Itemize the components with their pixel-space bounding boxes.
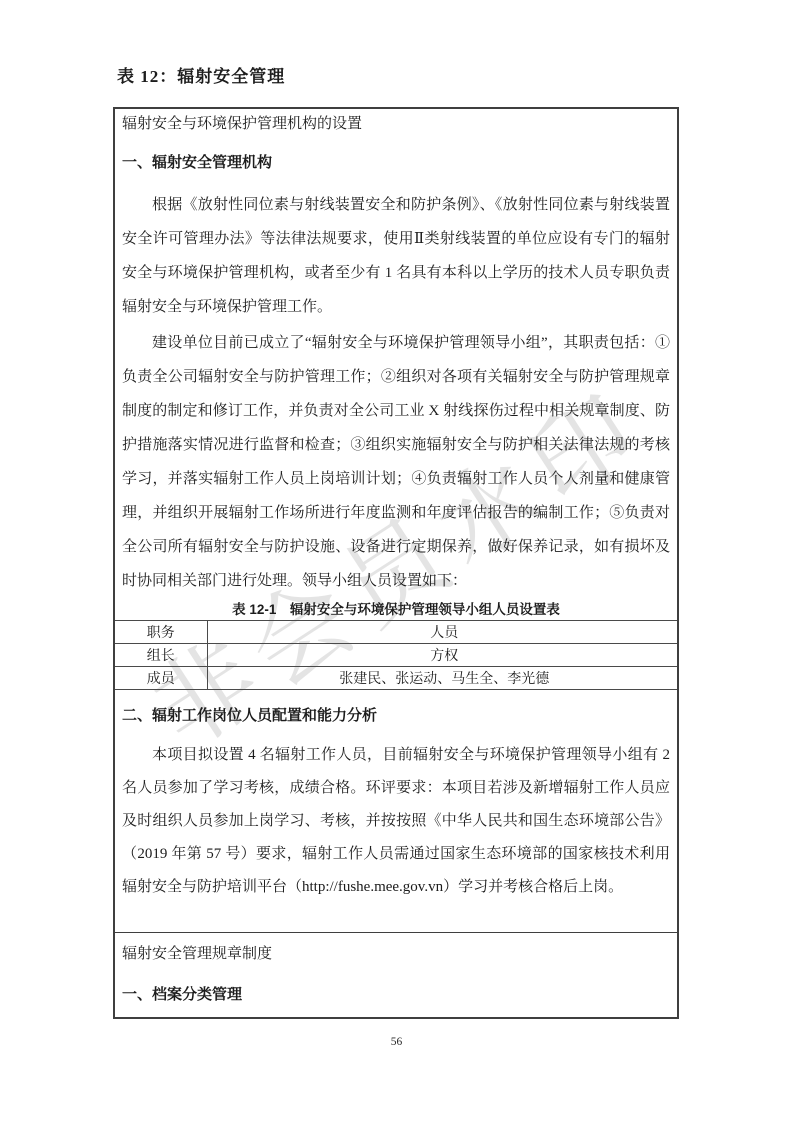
section1-paragraph-2: 建设单位目前已成立了“辐射安全与环境保护管理领导小组”，其职责包括：①负责全公司… [122,326,670,598]
section1-paragraph-3: 本项目拟设置 4 名辐射工作人员，目前辐射安全与环境保护管理领导小组有 2 名人… [122,739,670,904]
subtable-cell-role: 成员 [115,667,207,690]
main-table: 辐射安全与环境保护管理机构的设置 一、辐射安全管理机构 根据《放射性同位素与射线… [113,107,679,1019]
section2-subheading-1: 一、档案分类管理 [122,983,670,1007]
subtable-header-person: 人员 [207,621,677,644]
section1-header: 辐射安全与环境保护管理机构的设置 [122,113,670,135]
document-page: 非会员水印 表 12：辐射安全管理 辐射安全与环境保护管理机构的设置 一、辐射安… [0,0,793,1122]
subtable-caption: 表 12-1 辐射安全与环境保护管理领导小组人员设置表 [122,600,670,620]
subtable-header-row: 职务 人员 [115,621,677,644]
page-title: 表 12：辐射安全管理 [117,62,285,87]
table-row-regulations: 辐射安全管理规章制度 一、档案分类管理 [115,933,677,1017]
subtable-cell-person: 方权 [207,644,677,667]
table-row-institution: 辐射安全与环境保护管理机构的设置 一、辐射安全管理机构 根据《放射性同位素与射线… [115,109,677,933]
page-number: 56 [0,1036,793,1048]
section1-subheading-1: 一、辐射安全管理机构 [122,151,670,175]
personnel-subtable: 职务 人员 组长 方权 成员 张建民、张运动、马生全、李光德 [115,620,677,690]
section1-subheading-2: 二、辐射工作岗位人员配置和能力分析 [122,704,670,728]
subtable-row-leader: 组长 方权 [115,644,677,667]
subtable-cell-role: 组长 [115,644,207,667]
section2-header: 辐射安全管理规章制度 [122,943,670,965]
subtable-row-members: 成员 张建民、张运动、马生全、李光德 [115,667,677,690]
section1-paragraph-1: 根据《放射性同位素与射线装置安全和防护条例》、《放射性同位素与射线装置安全许可管… [122,188,670,324]
subtable-header-role: 职务 [115,621,207,644]
subtable-cell-person: 张建民、张运动、马生全、李光德 [207,667,677,690]
